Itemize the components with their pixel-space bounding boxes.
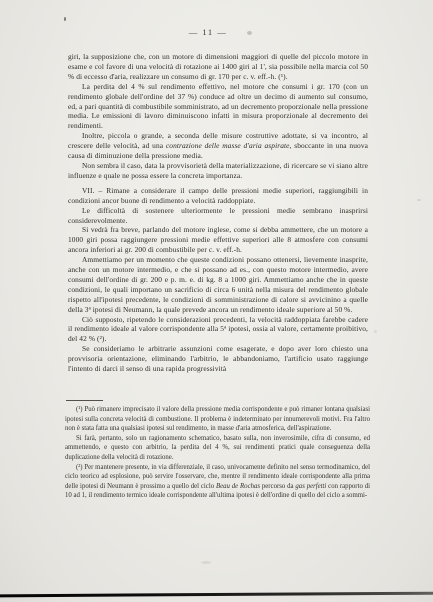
paragraph: (¹) Può rimanere imprecisato il valore d… [65,405,370,434]
footnote-separator [66,400,103,401]
text-segment: La perdita del 4 % sul rendimento effett… [68,82,368,131]
text-segment: Ammettiamo per un momento che queste con… [68,255,368,314]
italic-phrase: Beau de Rochas [216,483,260,490]
paragraph: Si farà, pertanto, solo un ragionamento … [65,434,370,463]
page-number: — 11 — [58,27,358,37]
scan-speck [201,561,211,564]
scan-edge-artifact [0,592,433,598]
footnotes: (¹) Può rimanere imprecisato il valore d… [65,405,370,501]
text-segment: Le difficoltà di sostenere ulteriormente… [68,206,368,225]
scan-speck [417,199,421,201]
scan-speck [64,17,66,21]
text-segment: Si farà, pertanto, solo un ragionamento … [65,435,370,461]
body-text: giri, la supposizione che, con un motore… [68,52,368,374]
text-segment: VII. – Rimane a considerare il campo del… [68,186,368,205]
text-segment: Non sembra il caso, data la provvisoriet… [68,161,368,180]
paragraph: Si vedrà fra breve, parlando del motore … [68,225,368,255]
paragraph: VII. – Rimane a considerare il campo del… [68,186,368,206]
text-segment: Si vedrà fra breve, parlando del motore … [68,225,368,254]
text-segment: (¹) Può rimanere imprecisato il valore d… [65,406,370,432]
paragraph: (²) Per mantenere presente, in via diffe… [65,463,370,501]
scan-speck [374,330,377,333]
scan-speck [247,31,252,35]
italic-phrase: gas perfetti [295,483,326,490]
paragraph: Se consideriamo le arbitrarie assunzioni… [68,344,368,374]
italic-phrase: contrazione delle masse d'aria aspirate [166,141,290,150]
text-segment: giri, la supposizione che, con un motore… [68,52,368,81]
paragraph: giri, la supposizione che, con un motore… [68,52,368,82]
text-segment: Ciò supposto, ripetendo le considerazion… [68,315,368,344]
paragraph: La perdita del 4 % sul rendimento effett… [68,82,368,132]
text-segment: percorso da [260,483,295,490]
paragraph: Inoltre, piccola o grande, a seconda del… [68,131,368,161]
paragraph: Non sembra il caso, data la provvisoriet… [68,161,368,181]
scanned-page: — 11 — giri, la supposizione che, con un… [0,0,433,602]
paragraph: Ciò supposto, ripetendo le considerazion… [68,315,368,345]
paragraph: Ammettiamo per un momento che queste con… [68,255,368,314]
text-segment: Se consideriamo le arbitrarie assunzioni… [68,344,368,373]
paragraph: Le difficoltà di sostenere ulteriormente… [68,206,368,226]
